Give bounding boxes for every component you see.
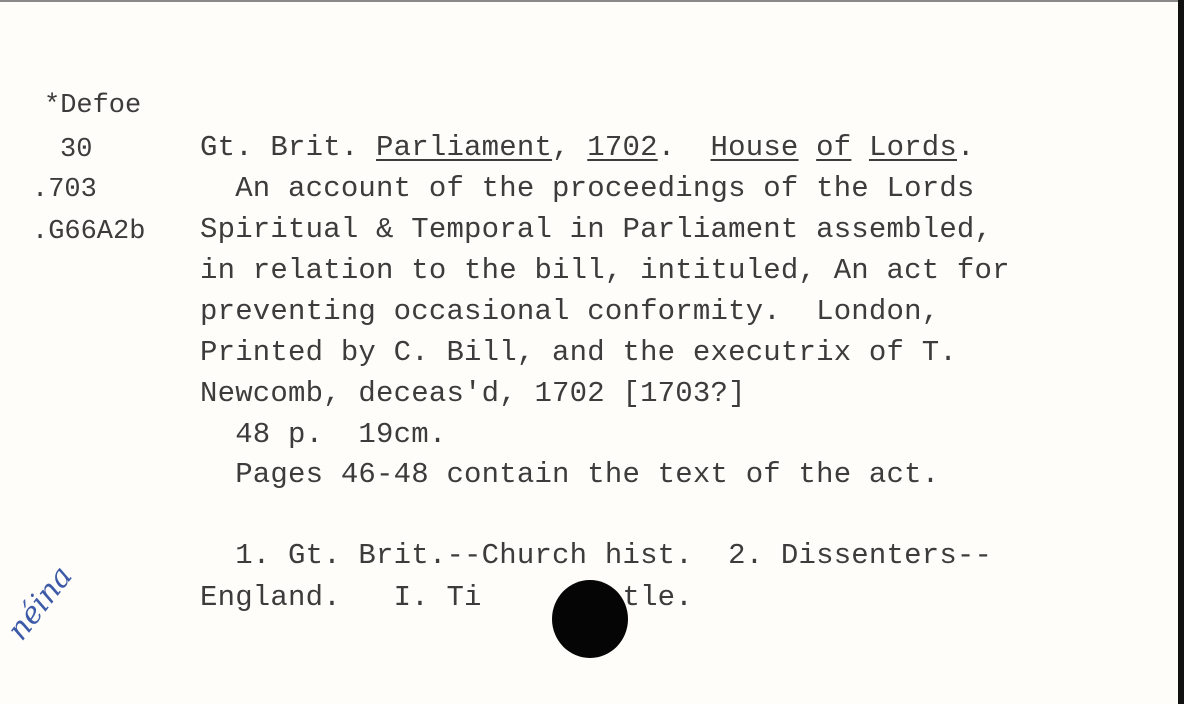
- body-line: Newcomb, deceas'd, 1702 [1703?]: [200, 378, 746, 410]
- note: Pages 46-48 contain the text of the act.: [200, 459, 939, 491]
- collation: 48 p. 19cm.: [200, 419, 446, 451]
- heading-sep: ,: [552, 131, 587, 164]
- heading-sep: [799, 131, 817, 164]
- heading-sep: [851, 131, 869, 164]
- heading-parliament: Parliament: [376, 131, 552, 164]
- call-number-line-2: 30: [60, 134, 92, 166]
- body-line: Spiritual & Temporal in Parliament assem…: [200, 214, 992, 246]
- heading-house: House: [711, 131, 799, 164]
- handwritten-note: néina: [0, 559, 79, 647]
- call-number-line-4: .G66A2b: [32, 216, 145, 248]
- body-line: in relation to the bill, intituled, An a…: [200, 255, 1010, 287]
- heading-of: of: [816, 131, 851, 164]
- heading-suffix: .: [957, 131, 975, 164]
- body-line: An account of the proceedings of the Lor…: [200, 173, 975, 205]
- catalog-card: *Defoe 30 .703 .G66A2b Gt. Brit. Parliam…: [0, 0, 1178, 704]
- call-number-line-3: .703: [32, 174, 97, 206]
- tracing-line: 1. Gt. Brit.--Church hist. 2. Dissenters…: [200, 540, 992, 572]
- card-edge-shadow: [1178, 0, 1184, 704]
- heading-prefix: Gt. Brit.: [200, 131, 376, 164]
- heading-sep: .: [658, 131, 711, 164]
- call-number-line-1: *Defoe: [44, 90, 141, 122]
- body-line: Printed by C. Bill, and the executrix of…: [200, 337, 957, 369]
- heading-lords: Lords: [869, 131, 957, 164]
- punch-hole: [552, 580, 628, 658]
- body-line: preventing occasional conformity. London…: [200, 296, 939, 328]
- heading-year: 1702: [587, 131, 657, 164]
- main-heading: Gt. Brit. Parliament, 1702. House of Lor…: [200, 132, 975, 164]
